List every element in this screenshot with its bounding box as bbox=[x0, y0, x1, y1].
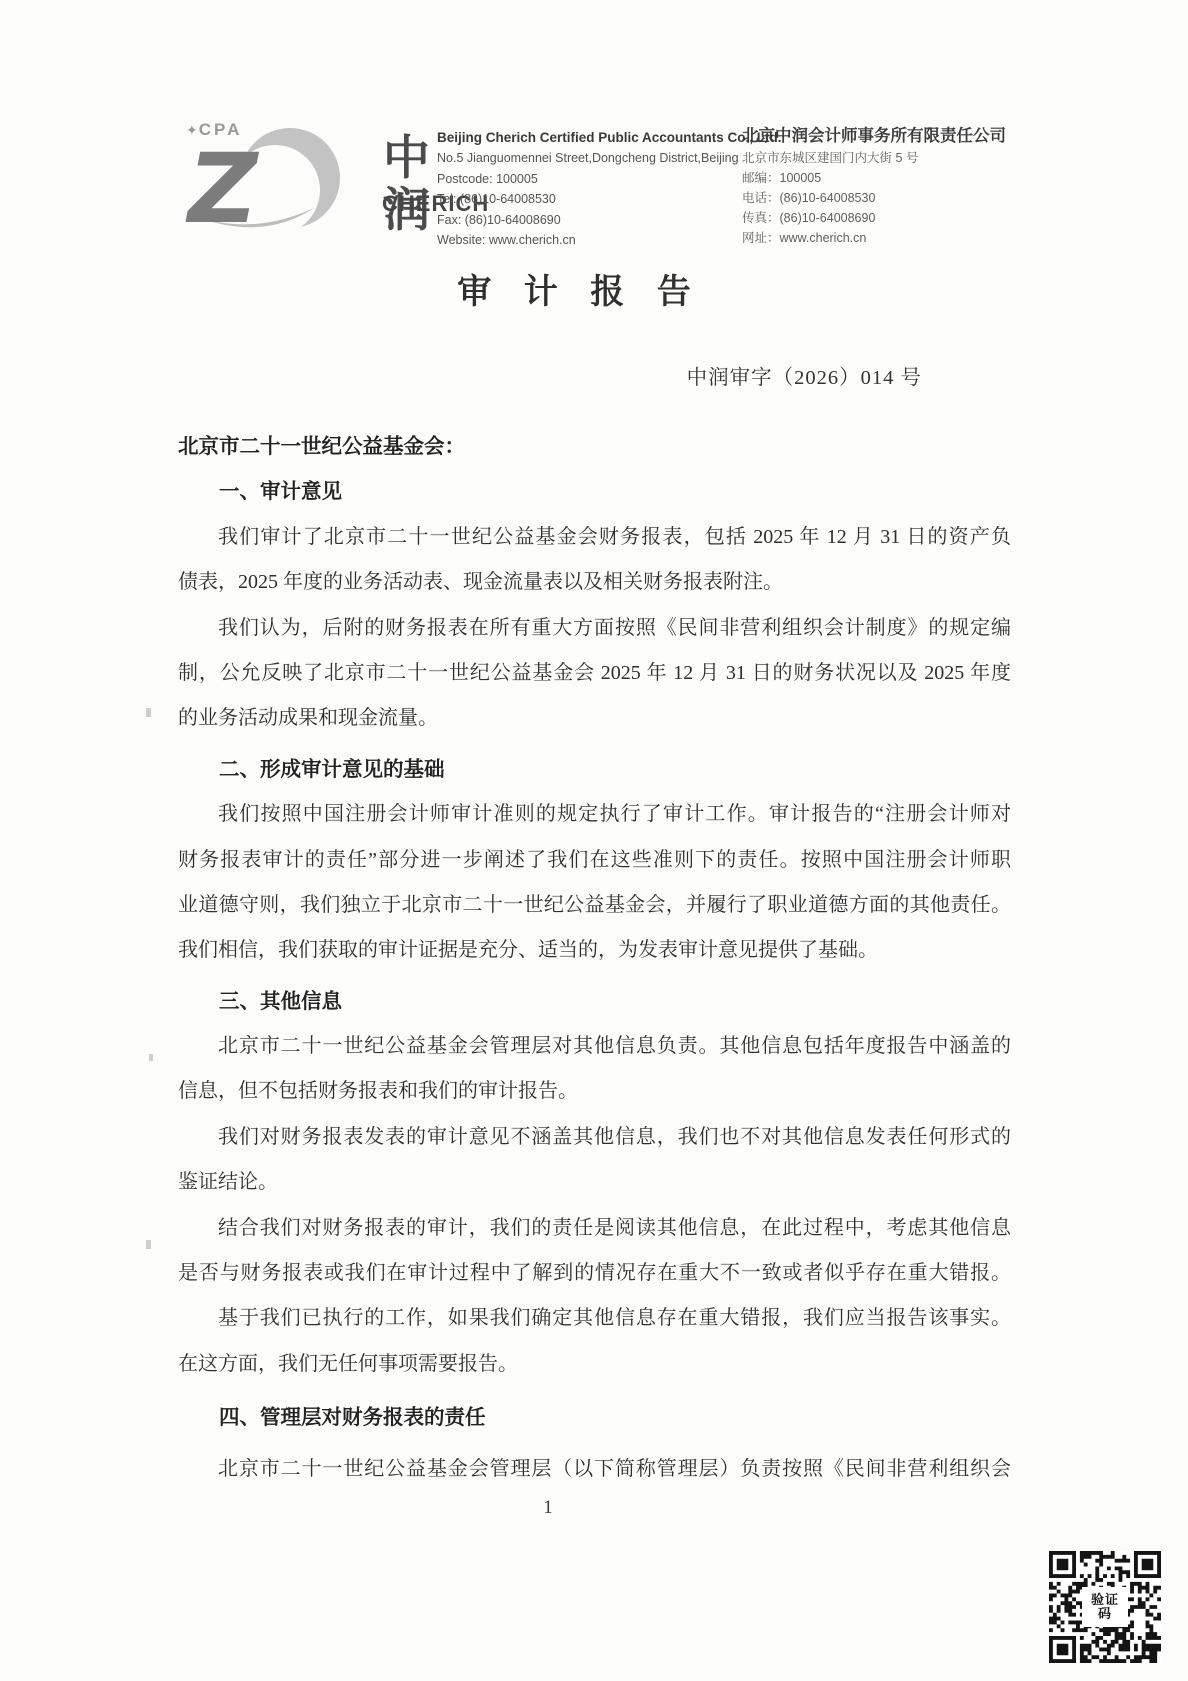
body-line: 制，公允反映了北京市二十一世纪公益基金会 2025 年 12 月 31 日的财务… bbox=[178, 651, 1011, 696]
body-line: 我们认为，后附的财务报表在所有重大方面按照《民间非营利组织会计制度》的规定编 bbox=[178, 606, 1011, 651]
qr-label-line1: 验证 bbox=[1091, 1593, 1119, 1607]
firm-logo: Z ✦CPA 中润 CHERICH bbox=[176, 118, 476, 244]
body-line: 在这方面，我们无任何事项需要报告。 bbox=[178, 1342, 1011, 1387]
company-detail-line: 网址：www.cherich.cn bbox=[742, 228, 1022, 248]
company-detail-line: Fax: (86)10-64008690 bbox=[437, 210, 737, 231]
body-line: 基于我们已执行的工作，如果我们确定其他信息存在重大错报，我们应当报告该事实。 bbox=[178, 1296, 1011, 1341]
body-line: 我们相信，我们获取的审计证据是充分、适当的，为发表审计意见提供了基础。 bbox=[178, 928, 1011, 973]
section-heading: 四、管理层对财务报表的责任 bbox=[178, 1395, 1011, 1440]
body-line: 结合我们对财务报表的审计，我们的责任是阅读其他信息，在此过程中，考虑其他信息 bbox=[178, 1206, 1011, 1251]
cpa-label: ✦CPA bbox=[186, 120, 242, 140]
page-number: 1 bbox=[530, 1497, 566, 1519]
qr-center-label: 验证 码 bbox=[1082, 1587, 1128, 1627]
salutation: 北京市二十一世纪公益基金会： bbox=[178, 424, 1011, 469]
company-detail-line: 邮编：100005 bbox=[742, 168, 1022, 188]
body-line: 信息，但不包括财务报表和我们的审计报告。 bbox=[178, 1069, 1011, 1114]
company-details-cn: 北京市东城区建国门内大街 5 号邮编：100005电话：(86)10-64008… bbox=[742, 148, 1022, 248]
body-line: 北京市二十一世纪公益基金会管理层对其他信息负责。其他信息包括年度报告中涵盖的 bbox=[178, 1024, 1011, 1069]
company-name-en: Beijing Cherich Certified Public Account… bbox=[437, 128, 737, 148]
report-title: 审 计 报 告 bbox=[0, 264, 1160, 313]
body-line: 北京市二十一世纪公益基金会管理层（以下简称管理层）负责按照《民间非营利组织会 bbox=[178, 1447, 1011, 1492]
company-info-en: Beijing Cherich Certified Public Account… bbox=[437, 128, 737, 251]
body-line: 我们审计了北京市二十一世纪公益基金会财务报表，包括 2025 年 12 月 31… bbox=[178, 515, 1011, 560]
section-heading: 二、形成审计意见的基础 bbox=[178, 747, 1011, 792]
company-detail-line: Website: www.cherich.cn bbox=[437, 230, 737, 251]
company-detail-line: 传真：(86)10-64008690 bbox=[742, 208, 1022, 228]
company-details-en: No.5 Jianguomennei Street,Dongcheng Dist… bbox=[437, 148, 737, 251]
body-line: 的业务活动成果和现金流量。 bbox=[178, 696, 1011, 741]
body-line: 鉴证结论。 bbox=[178, 1160, 1011, 1205]
body-line: 财务报表审计的责任”部分进一步阐述了我们在这些准则下的责任。按照中国注册会计师职 bbox=[178, 838, 1011, 883]
body-line: 业道德守则，我们独立于北京市二十一世纪公益基金会，并履行了职业道德方面的其他责任… bbox=[178, 883, 1011, 928]
document-body: 北京市二十一世纪公益基金会：一、审计意见我们审计了北京市二十一世纪公益基金会财务… bbox=[178, 424, 1011, 1492]
scan-artifact bbox=[149, 1054, 153, 1061]
page: Z ✦CPA 中润 CHERICH Beijing Cherich Certif… bbox=[0, 0, 1188, 1681]
company-detail-line: Tel: (86)10-64008530 bbox=[437, 189, 737, 210]
company-detail-line: Postcode: 100005 bbox=[437, 169, 737, 190]
scan-artifact bbox=[146, 1240, 151, 1249]
company-info-cn: 北京中润会计师事务所有限责任公司 北京市东城区建国门内大街 5 号邮编：1000… bbox=[742, 124, 1022, 248]
company-detail-line: 北京市东城区建国门内大街 5 号 bbox=[742, 148, 1022, 168]
cpa-star-icon: ✦ bbox=[186, 122, 198, 138]
body-line: 债表，2025 年度的业务活动表、现金流量表以及相关财务报表附注。 bbox=[178, 560, 1011, 605]
qr-label-line2: 码 bbox=[1098, 1607, 1112, 1621]
body-line: 是否与财务报表或我们在审计过程中了解到的情况存在重大不一致或者似乎存在重大错报。 bbox=[178, 1251, 1011, 1296]
logo-z-letter: Z bbox=[185, 133, 260, 238]
section-heading: 一、审计意见 bbox=[178, 469, 1011, 514]
document-number: 中润审字（2026）014 号 bbox=[687, 360, 922, 390]
verification-qr-code: 验证 码 bbox=[1049, 1551, 1161, 1663]
cpa-text: CPA bbox=[199, 120, 243, 139]
company-detail-line: 电话：(86)10-64008530 bbox=[742, 188, 1022, 208]
scan-artifact bbox=[146, 708, 151, 717]
body-line: 我们对财务报表发表的审计意见不涵盖其他信息，我们也不对其他信息发表任何形式的 bbox=[178, 1115, 1011, 1160]
body-line: 我们按照中国注册会计师审计准则的规定执行了审计工作。审计报告的“注册会计师对 bbox=[178, 792, 1011, 837]
company-name-cn: 北京中润会计师事务所有限责任公司 bbox=[742, 124, 1022, 148]
section-heading: 三、其他信息 bbox=[178, 979, 1011, 1024]
company-detail-line: No.5 Jianguomennei Street,Dongcheng Dist… bbox=[437, 148, 737, 169]
